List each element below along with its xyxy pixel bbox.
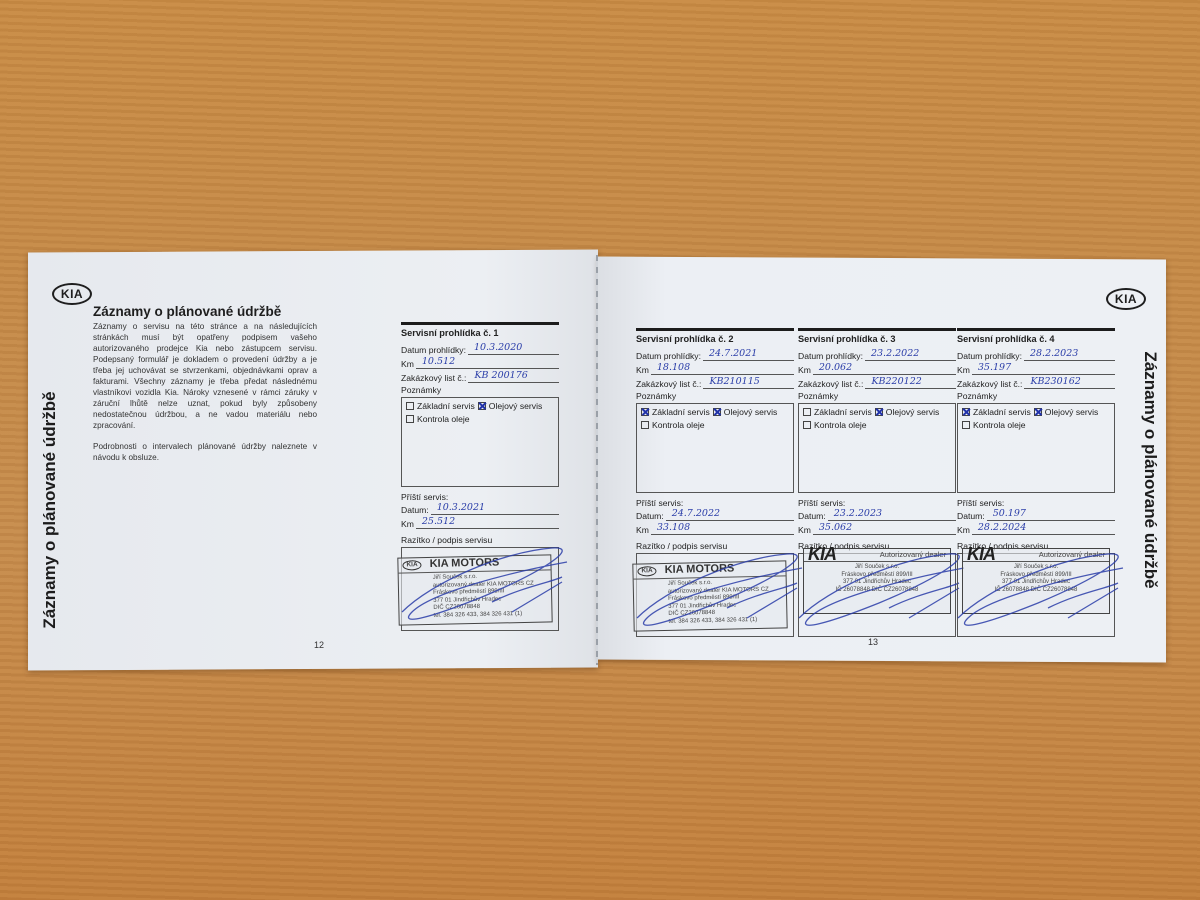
basic-service-checkbox[interactable] <box>641 408 649 416</box>
record-title: Servisní prohlídka č. 4 <box>957 334 1115 344</box>
inspection-date-label: Datum prohlídky: <box>401 345 466 355</box>
stamp-line: Jiří Souček s.r.o. <box>810 564 944 572</box>
stamp-line: tel. 384 326 433, 384 326 431 (1) <box>433 610 545 620</box>
stamp-dealer: Autorizovaný dealer <box>880 551 946 559</box>
notes-label: Poznámky <box>636 391 794 401</box>
km-label: Km <box>401 359 414 369</box>
next-km-row: Km25.512 <box>401 516 559 529</box>
logo-text: KIA <box>1115 292 1137 306</box>
stamp-signature-box[interactable]: KIAAutorizovaný dealer Jiří Souček s.r.o… <box>957 553 1115 637</box>
dealer-stamp: KIAKIA MOTORS Jiří Souček s.r.o.autorizo… <box>632 560 787 631</box>
inspection-date-field[interactable]: 10.3.2020 <box>468 342 559 355</box>
next-service-label: Příští servis: <box>798 498 956 508</box>
dealer-stamp: KIAAutorizovaný dealer Jiří Souček s.r.o… <box>962 548 1110 614</box>
oil-service-checkbox[interactable] <box>875 408 883 416</box>
next-date-field[interactable]: 23.2.2023 <box>828 508 956 521</box>
stamp-line: tel. 384 326 433, 384 326 431 (1) <box>668 616 780 626</box>
stamp-signature-box[interactable]: KIAAutorizovaný dealer Jiří Souček s.r.o… <box>798 553 956 637</box>
km-field[interactable]: 20.062 <box>813 362 956 375</box>
next-date-row: Datum:10.3.2021 <box>401 502 559 515</box>
notes-box[interactable]: Základní servisOlejový servis Kontrola o… <box>957 403 1115 493</box>
next-date-field[interactable]: 10.3.2021 <box>431 502 559 515</box>
order-row: Zakázkový list č.:KB220122 <box>798 376 956 389</box>
basic-service-label: Základní servis <box>652 407 710 417</box>
stamp-body: Jiří Souček s.r.o.autorizovaný dealer KI… <box>399 570 552 622</box>
stamp-body: Jiří Souček s.r.o.autorizovaný dealer KI… <box>634 576 787 628</box>
stamp-signature-label: Razítko / podpis servisu <box>636 541 794 551</box>
kia-new-logo-icon: KIA <box>808 551 836 559</box>
oil-check-label: Kontrola oleje <box>652 420 705 430</box>
dealer-stamp: KIAAutorizovaný dealer Jiří Souček s.r.o… <box>803 548 951 614</box>
km-label: Km <box>957 365 970 375</box>
stamp-body: Jiří Souček s.r.o.Fráskovo předměstí 899… <box>804 562 950 596</box>
order-row: Zakázkový list č.:KB210115 <box>636 376 794 389</box>
oil-check-row: Kontrola oleje <box>641 420 789 430</box>
notes-label: Poznámky <box>957 391 1115 401</box>
next-date-field[interactable]: 50.197 <box>987 508 1115 521</box>
stamp-header: KIAAutorizovaný dealer <box>963 549 1109 562</box>
stamp-signature-label: Razítko / podpis servisu <box>401 535 559 545</box>
next-km-row: Km35.062 <box>798 522 956 535</box>
oil-check-checkbox[interactable] <box>406 415 414 423</box>
next-km-label: Km <box>636 525 649 535</box>
record-title: Servisní prohlídka č. 1 <box>401 328 559 338</box>
next-km-label: Km <box>957 525 970 535</box>
oil-service-label: Olejový servis <box>1045 407 1098 417</box>
oil-check-label: Kontrola oleje <box>814 420 867 430</box>
next-km-label: Km <box>401 519 414 529</box>
stamp-signature-box[interactable]: KIAKIA MOTORS Jiří Souček s.r.o.autorizo… <box>636 553 794 637</box>
stamp-line: Fráskovo předměstí 899/III <box>810 572 944 580</box>
km-label: Km <box>636 365 649 375</box>
intro-paragraph: Záznamy o servisu na této stránce a na n… <box>93 321 317 431</box>
oil-check-row: Kontrola oleje <box>406 414 554 424</box>
service-type-row: Základní servisOlejový servis <box>803 407 951 417</box>
stamp-signature-box[interactable]: KIAKIA MOTORS Jiří Souček s.r.o.autorizo… <box>401 547 559 631</box>
notes-box[interactable]: Základní servisOlejový servis Kontrola o… <box>798 403 956 493</box>
next-km-row: Km28.2.2024 <box>957 522 1115 535</box>
kia-new-logo-icon: KIA <box>967 551 995 559</box>
oil-service-label: Olejový servis <box>489 401 542 411</box>
inspection-date-label: Datum prohlídky: <box>798 351 863 361</box>
next-date-row: Datum:24.7.2022 <box>636 508 794 521</box>
stamp-line: Jiří Souček s.r.o. <box>969 564 1103 572</box>
page-number: 12 <box>314 640 324 650</box>
side-title-left: Záznamy o plánované údržbě <box>40 360 60 660</box>
next-service-label: Příští servis: <box>401 492 559 502</box>
page-title: Záznamy o plánované údržbě <box>93 304 281 319</box>
oil-check-row: Kontrola oleje <box>803 420 951 430</box>
oil-service-checkbox[interactable] <box>713 408 721 416</box>
km-row: Km35.197 <box>957 362 1115 375</box>
booklet-spine <box>596 255 598 665</box>
service-record: Servisní prohlídka č. 3 Datum prohlídky:… <box>798 328 956 637</box>
inspection-date-row: Datum prohlídky:24.7.2021 <box>636 348 794 361</box>
stamp-brand: KIA MOTORS <box>665 566 735 575</box>
oil-check-label: Kontrola oleje <box>417 414 470 424</box>
order-row: Zakázkový list č.:KB230162 <box>957 376 1115 389</box>
order-number-field[interactable]: KB230162 <box>1024 376 1115 389</box>
inspection-date-row: Datum prohlídky:10.3.2020 <box>401 342 559 355</box>
basic-service-checkbox[interactable] <box>962 408 970 416</box>
next-service-label: Příští servis: <box>957 498 1115 508</box>
oil-service-label: Olejový servis <box>886 407 939 417</box>
record-divider <box>401 322 559 325</box>
kia-logo-icon: KIA <box>402 560 421 570</box>
oil-check-row: Kontrola oleje <box>962 420 1110 430</box>
record-divider <box>957 328 1115 331</box>
basic-service-checkbox[interactable] <box>803 408 811 416</box>
km-field[interactable]: 10.512 <box>416 356 559 369</box>
basic-service-label: Základní servis <box>973 407 1031 417</box>
service-record: Servisní prohlídka č. 2 Datum prohlídky:… <box>636 328 794 637</box>
notes-box[interactable]: Základní servisOlejový servis Kontrola o… <box>401 397 559 487</box>
basic-service-label: Základní servis <box>814 407 872 417</box>
stamp-line: 377 01 Jindřichův Hradec <box>969 579 1103 587</box>
next-date-field[interactable]: 24.7.2022 <box>666 508 794 521</box>
stamp-line: Fráskovo předměstí 899/III <box>969 572 1103 580</box>
record-divider <box>798 328 956 331</box>
stamp-header: KIAAutorizovaný dealer <box>804 549 950 562</box>
next-km-field[interactable]: 28.2.2024 <box>972 522 1115 535</box>
km-label: Km <box>798 365 811 375</box>
next-service-label: Příští servis: <box>636 498 794 508</box>
oil-service-label: Olejový servis <box>724 407 777 417</box>
service-type-row: Základní servisOlejový servis <box>962 407 1110 417</box>
order-number-field[interactable]: KB210115 <box>703 376 794 389</box>
record-title: Servisní prohlídka č. 2 <box>636 334 794 344</box>
next-date-label: Datum: <box>636 511 664 521</box>
order-number-field[interactable]: KB 200176 <box>468 370 559 383</box>
next-date-label: Datum: <box>957 511 985 521</box>
inspection-date-field[interactable]: 24.7.2021 <box>703 348 794 361</box>
next-km-field[interactable]: 35.062 <box>813 522 956 535</box>
km-field[interactable]: 18.108 <box>651 362 794 375</box>
km-field[interactable]: 35.197 <box>972 362 1115 375</box>
inspection-date-row: Datum prohlídky:23.2.2022 <box>798 348 956 361</box>
stamp-body: Jiří Souček s.r.o.Fráskovo předměstí 899… <box>963 562 1109 596</box>
logo-text: KIA <box>61 287 83 301</box>
order-label: Zakázkový list č.: <box>957 379 1022 389</box>
inspection-date-label: Datum prohlídky: <box>636 351 701 361</box>
order-row: Zakázkový list č.:KB 200176 <box>401 370 559 383</box>
inspection-date-row: Datum prohlídky:28.2.2023 <box>957 348 1115 361</box>
km-row: Km10.512 <box>401 356 559 369</box>
oil-service-checkbox[interactable] <box>1034 408 1042 416</box>
order-label: Zakázkový list č.: <box>401 373 466 383</box>
km-row: Km20.062 <box>798 362 956 375</box>
page-number: 13 <box>868 637 878 647</box>
inspection-date-label: Datum prohlídky: <box>957 351 1022 361</box>
stamp-brand: KIA MOTORS <box>430 560 500 569</box>
km-row: Km18.108 <box>636 362 794 375</box>
stamp-line: IČ 26078848 DIČ CZ26078848 <box>969 587 1103 595</box>
notes-label: Poznámky <box>798 391 956 401</box>
oil-check-checkbox[interactable] <box>803 421 811 429</box>
record-title: Servisní prohlídka č. 3 <box>798 334 956 344</box>
side-title-right: Záznamy o plánované údržbě <box>1140 320 1160 620</box>
stamp-line: IČ 26078848 DIČ CZ26078848 <box>810 587 944 595</box>
stamp-line: 377 01 Jindřichův Hradec <box>810 579 944 587</box>
next-km-field[interactable]: 33.108 <box>651 522 794 535</box>
next-date-row: Datum:23.2.2023 <box>798 508 956 521</box>
oil-check-checkbox[interactable] <box>962 421 970 429</box>
inspection-date-field[interactable]: 28.2.2023 <box>1024 348 1115 361</box>
intro-paragraph: Podrobnosti o intervalech plánované údrž… <box>93 441 317 463</box>
stamp-dealer: Autorizovaný dealer <box>1039 551 1105 559</box>
record-divider <box>636 328 794 331</box>
service-record: Servisní prohlídka č. 4 Datum prohlídky:… <box>957 328 1115 637</box>
kia-logo-icon: KIA <box>1106 288 1146 310</box>
intro-text: Záznamy o servisu na této stránce a na n… <box>93 321 317 473</box>
dealer-stamp: KIAKIA MOTORS Jiří Souček s.r.o.autorizo… <box>397 554 552 625</box>
order-number-field[interactable]: KB220122 <box>865 376 956 389</box>
kia-logo-icon: KIA <box>637 566 656 576</box>
next-km-row: Km33.108 <box>636 522 794 535</box>
kia-logo-icon: KIA <box>52 283 92 305</box>
next-date-label: Datum: <box>401 505 429 515</box>
order-label: Zakázkový list č.: <box>636 379 701 389</box>
service-record: Servisní prohlídka č. 1 Datum prohlídky:… <box>401 322 559 631</box>
basic-service-label: Základní servis <box>417 401 475 411</box>
notes-box[interactable]: Základní servisOlejový servis Kontrola o… <box>636 403 794 493</box>
inspection-date-field[interactable]: 23.2.2022 <box>865 348 956 361</box>
next-date-row: Datum:50.197 <box>957 508 1115 521</box>
oil-service-checkbox[interactable] <box>478 402 486 410</box>
next-km-label: Km <box>798 525 811 535</box>
next-date-label: Datum: <box>798 511 826 521</box>
basic-service-checkbox[interactable] <box>406 402 414 410</box>
notes-label: Poznámky <box>401 385 559 395</box>
service-type-row: Základní servisOlejový servis <box>406 401 554 411</box>
service-type-row: Základní servisOlejový servis <box>641 407 789 417</box>
oil-check-label: Kontrola oleje <box>973 420 1026 430</box>
oil-check-checkbox[interactable] <box>641 421 649 429</box>
order-label: Zakázkový list č.: <box>798 379 863 389</box>
next-km-field[interactable]: 25.512 <box>416 516 559 529</box>
